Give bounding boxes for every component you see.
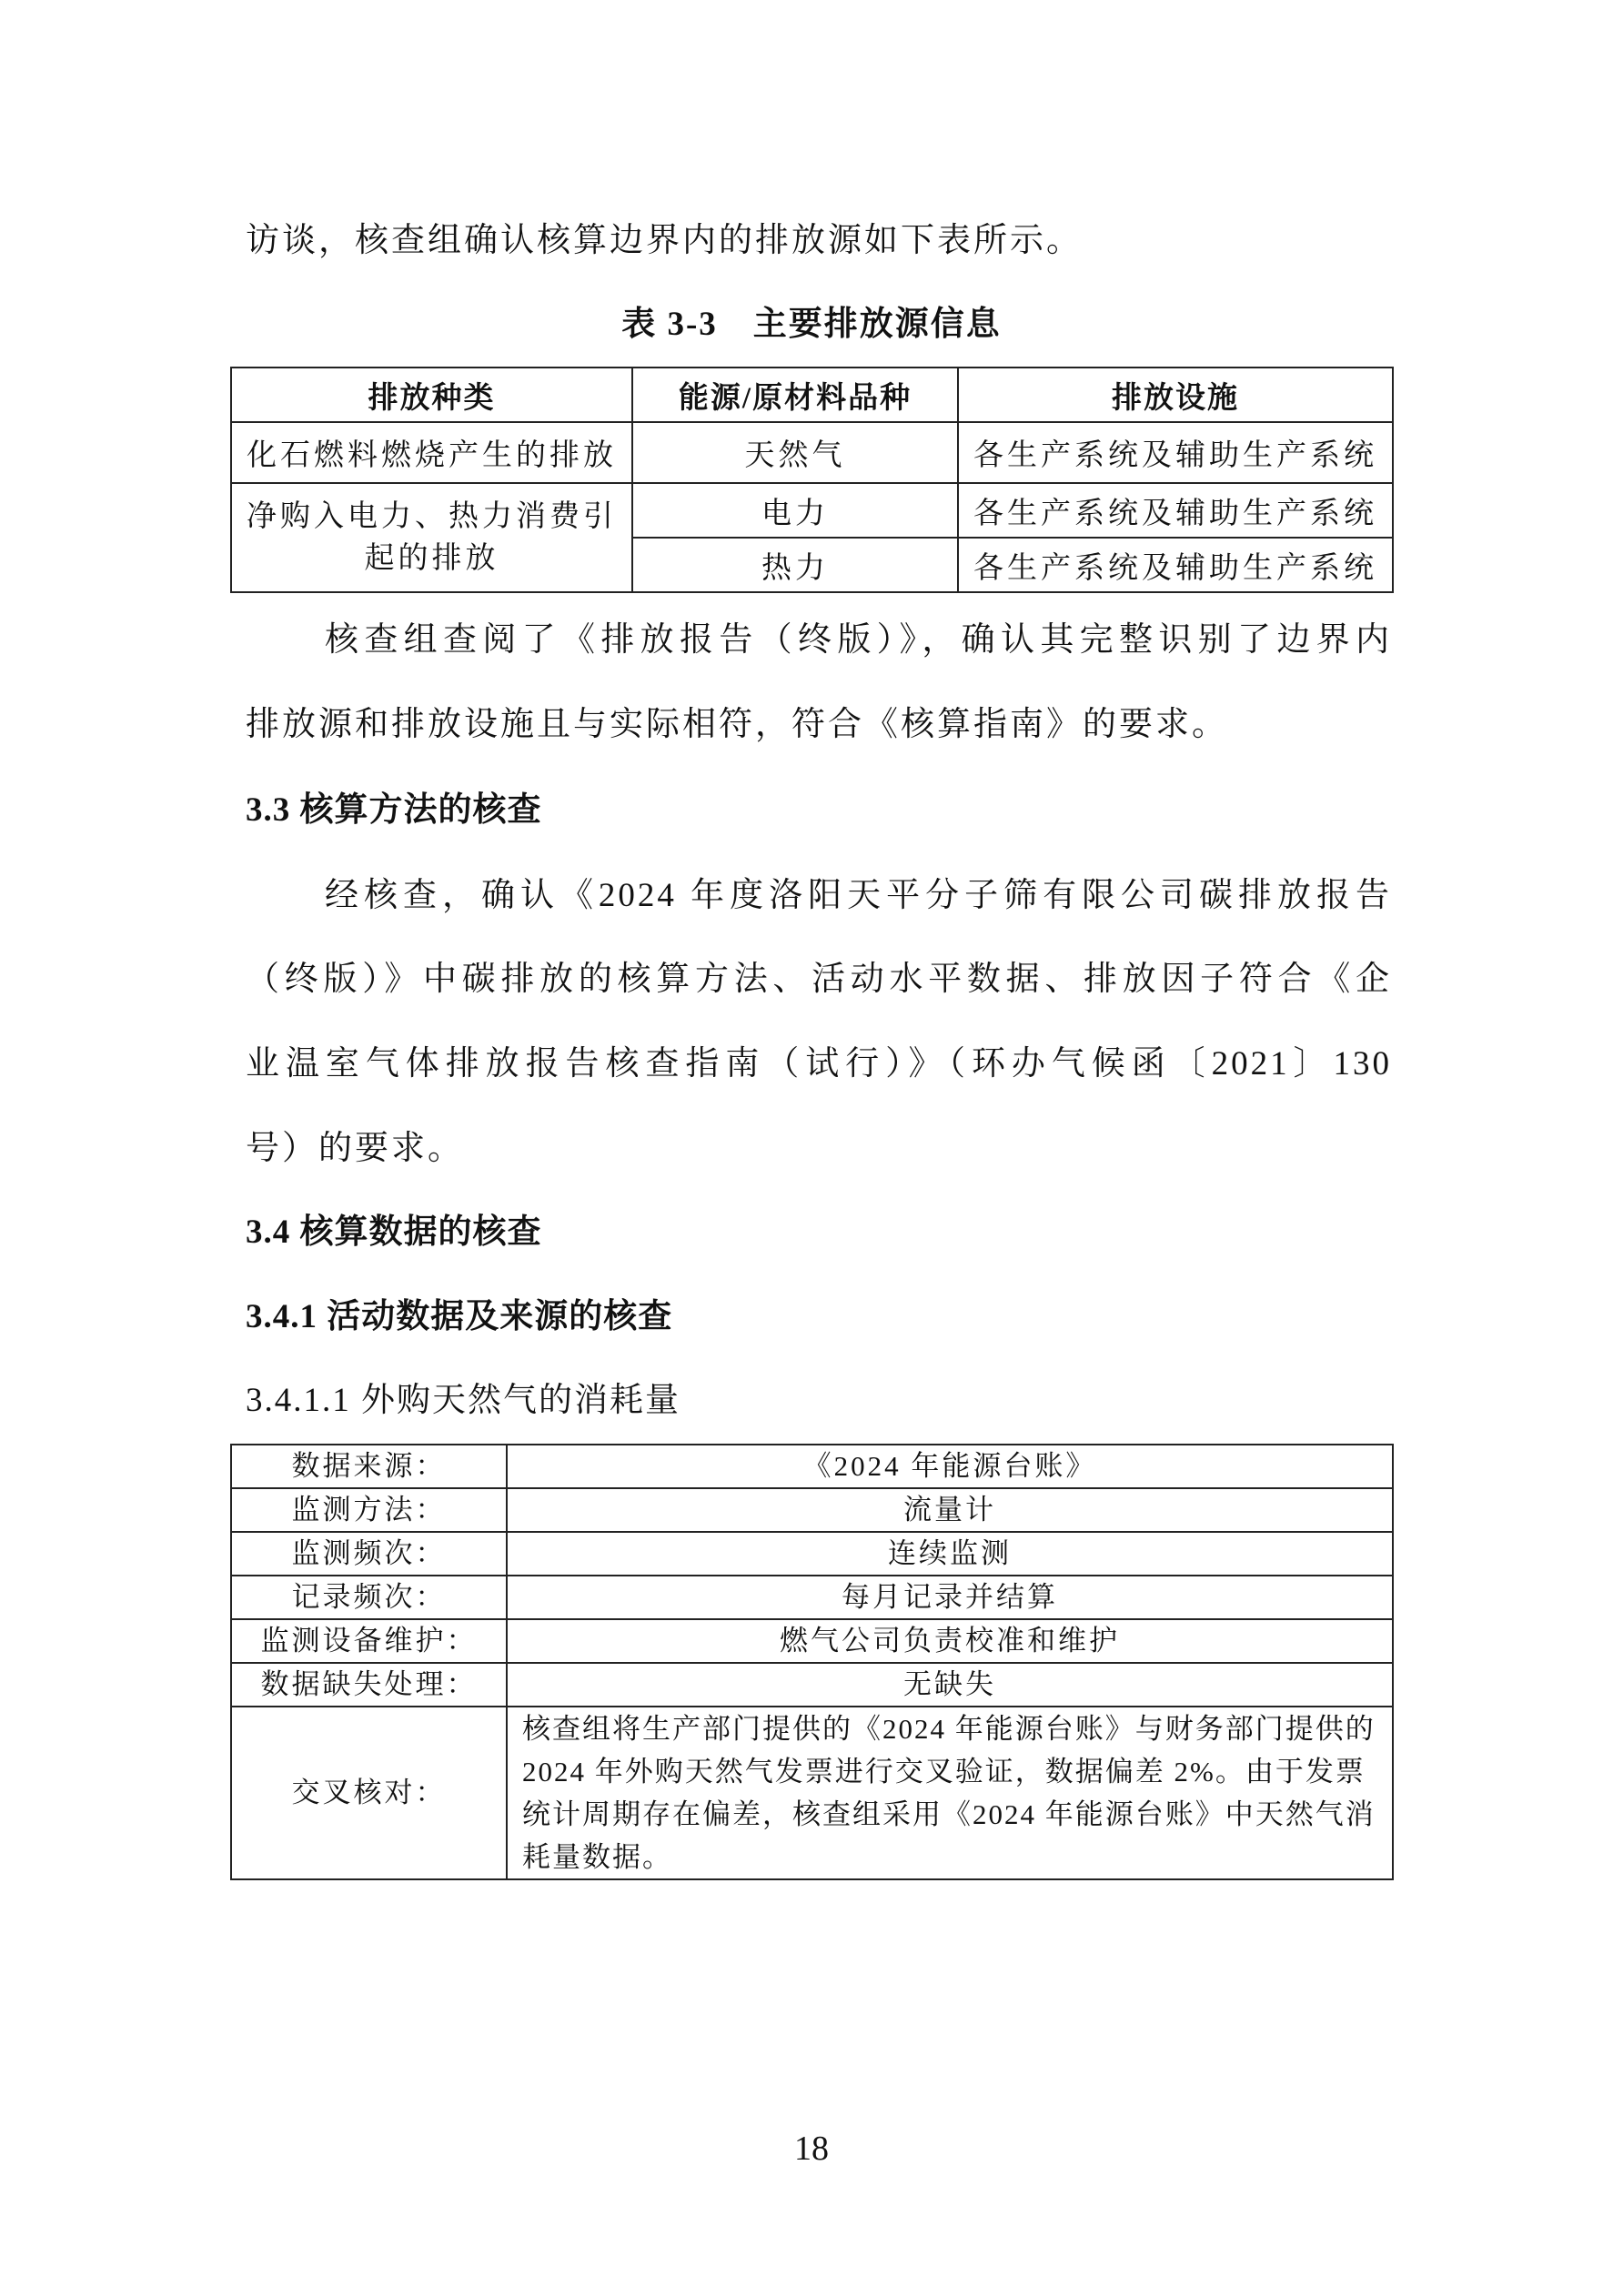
cell-energy: 电力 — [632, 483, 958, 538]
row-label: 数据缺失处理： — [231, 1663, 507, 1707]
section-heading-3-4-1: 3.4.1 活动数据及来源的核查 — [246, 1297, 1392, 1337]
row-label: 交叉核对： — [231, 1707, 507, 1879]
table-row: 化石燃料燃烧产生的排放 天然气 各生产系统及辅助生产系统 — [231, 422, 1393, 483]
cell-category: 净购入电力、热力消费引起的排放 — [231, 483, 632, 592]
table-row: 净购入电力、热力消费引起的排放 电力 各生产系统及辅助生产系统 — [231, 483, 1393, 538]
paragraph-line: 经核查，确认《2024 年度洛阳天平分子筛有限公司碳排放报告 — [325, 876, 1392, 916]
row-label: 数据来源： — [231, 1445, 507, 1488]
header-energy-material: 能源/原材料品种 — [632, 368, 958, 422]
cell-category: 化石燃料燃烧产生的排放 — [231, 422, 632, 483]
paragraph-line: （终版）》中碳排放的核算方法、活动水平数据、排放因子符合《企 — [246, 960, 1392, 1000]
cell-energy: 天然气 — [632, 422, 958, 483]
paragraph-line: 排放源和排放设施且与实际相符，符合《核算指南》的要求。 — [246, 705, 1392, 745]
row-label: 记录频次： — [231, 1576, 507, 1619]
page-number: 18 — [0, 2129, 1623, 2169]
table-row: 记录频次： 每月记录并结算 — [231, 1576, 1393, 1619]
row-value: 燃气公司负责校准和维护 — [507, 1619, 1393, 1663]
row-value: 流量计 — [507, 1488, 1393, 1532]
paragraph-line: 核查组查阅了《排放报告（终版）》，确认其完整识别了边界内 — [325, 620, 1392, 660]
row-label: 监测频次： — [231, 1532, 507, 1576]
section-heading-3-4-1-1: 3.4.1.1 外购天然气的消耗量 — [246, 1381, 1392, 1421]
row-value: 每月记录并结算 — [507, 1576, 1393, 1619]
table-row: 数据缺失处理： 无缺失 — [231, 1663, 1393, 1707]
section-heading-3-3: 3.3 核算方法的核查 — [246, 791, 1392, 831]
table-row: 交叉核对： 核查组将生产部门提供的《2024 年能源台账》与财务部门提供的 20… — [231, 1707, 1393, 1879]
paragraph-line: 号）的要求。 — [246, 1129, 1392, 1169]
emission-sources-table: 排放种类 能源/原材料品种 排放设施 化石燃料燃烧产生的排放 天然气 各生产系统… — [230, 367, 1394, 593]
header-emission-facility: 排放设施 — [958, 368, 1393, 422]
row-value: 连续监测 — [507, 1532, 1393, 1576]
cell-energy: 热力 — [632, 538, 958, 592]
intro-paragraph-line: 访谈，核查组确认核算边界内的排放源如下表所示。 — [246, 221, 1392, 261]
header-emission-category: 排放种类 — [231, 368, 632, 422]
row-value: 核查组将生产部门提供的《2024 年能源台账》与财务部门提供的 2024 年外购… — [507, 1707, 1393, 1879]
table-header-row: 排放种类 能源/原材料品种 排放设施 — [231, 368, 1393, 422]
row-value: 《2024 年能源台账》 — [507, 1445, 1393, 1488]
table-row: 监测频次： 连续监测 — [231, 1532, 1393, 1576]
cell-facility: 各生产系统及辅助生产系统 — [958, 422, 1393, 483]
cell-facility: 各生产系统及辅助生产系统 — [958, 483, 1393, 538]
section-heading-3-4: 3.4 核算数据的核查 — [246, 1213, 1392, 1253]
paragraph-line: 业温室气体排放报告核查指南（试行）》（环办气候函〔2021〕130 — [246, 1044, 1392, 1084]
cell-facility: 各生产系统及辅助生产系统 — [958, 538, 1393, 592]
table-row: 监测方法： 流量计 — [231, 1488, 1393, 1532]
row-label: 监测方法： — [231, 1488, 507, 1532]
table-row: 监测设备维护： 燃气公司负责校准和维护 — [231, 1619, 1393, 1663]
row-label: 监测设备维护： — [231, 1619, 507, 1663]
natural-gas-data-table: 数据来源： 《2024 年能源台账》 监测方法： 流量计 监测频次： 连续监测 … — [230, 1444, 1394, 1880]
row-value: 无缺失 — [507, 1663, 1393, 1707]
table-row: 数据来源： 《2024 年能源台账》 — [231, 1445, 1393, 1488]
table-caption: 表 3-3 主要排放源信息 — [0, 305, 1623, 345]
